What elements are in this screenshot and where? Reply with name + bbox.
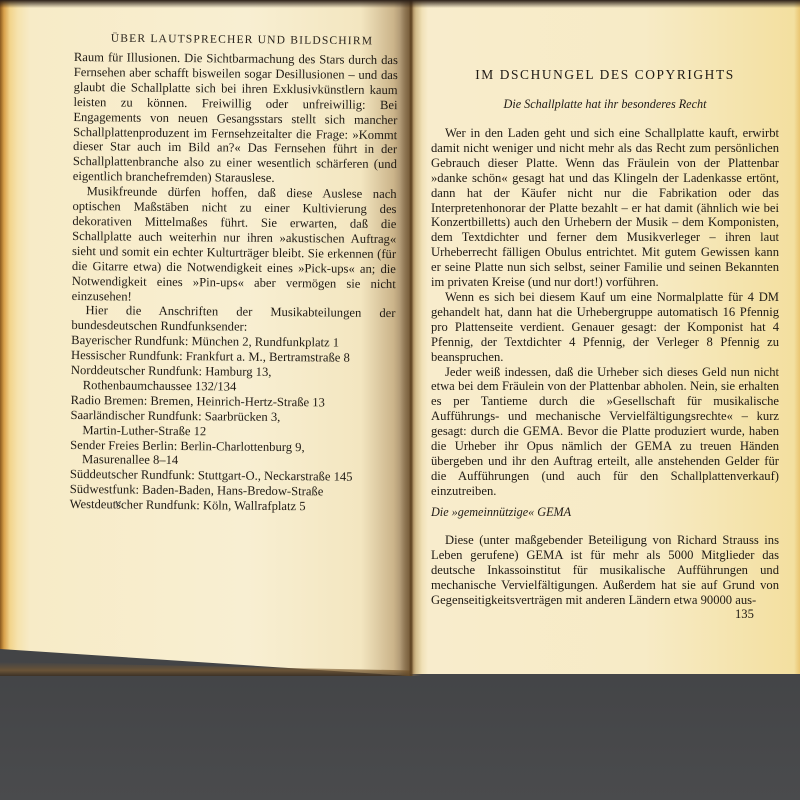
paragraph: Diese (unter maßgebender Beteiligung von…: [431, 533, 779, 608]
book-scan: ÜBER LAUTSPRECHER UND BILDSCHIRM Raum fü…: [0, 0, 800, 800]
paragraph: Wer in den Laden geht und sich eine Scha…: [431, 126, 779, 290]
chapter-title: IM DSCHUNGEL DES COPYRIGHTS: [430, 67, 780, 83]
section-heading: Die »gemeinnützige« GEMA: [431, 505, 571, 520]
running-head: ÜBER LAUTSPRECHER UND BILDSCHIRM: [92, 31, 392, 49]
paragraph: Wenn es sich bei diesem Kauf um eine Nor…: [431, 290, 779, 365]
paragraph: Raum für Illusionen. Die Sichtbarmachung…: [73, 50, 398, 187]
book-gutter: [400, 0, 422, 676]
address-list: Bayerischer Rundfunk: München 2, Rundfun…: [70, 333, 396, 515]
paragraph: Musikfreunde dürfen hoffen, daß diese Au…: [72, 184, 397, 306]
paragraph: Hier die Anschriften der Musikabteilunge…: [71, 303, 395, 336]
chapter-subtitle: Die Schallplatte hat ihr besonderes Rech…: [430, 97, 780, 112]
top-edge-shadow: [0, 0, 800, 8]
left-page-body: Raum für Illusionen. Die Sichtbarmachung…: [70, 50, 398, 515]
right-page-body: Wer in den Laden geht und sich eine Scha…: [431, 126, 779, 499]
paragraph: Jeder weiß indessen, daß die Urheber sic…: [431, 365, 779, 499]
pencil-mark: ᴠ: [115, 495, 120, 511]
page-number: 135: [735, 607, 754, 622]
section-body: Diese (unter maßgebender Beteiligung von…: [431, 533, 779, 608]
